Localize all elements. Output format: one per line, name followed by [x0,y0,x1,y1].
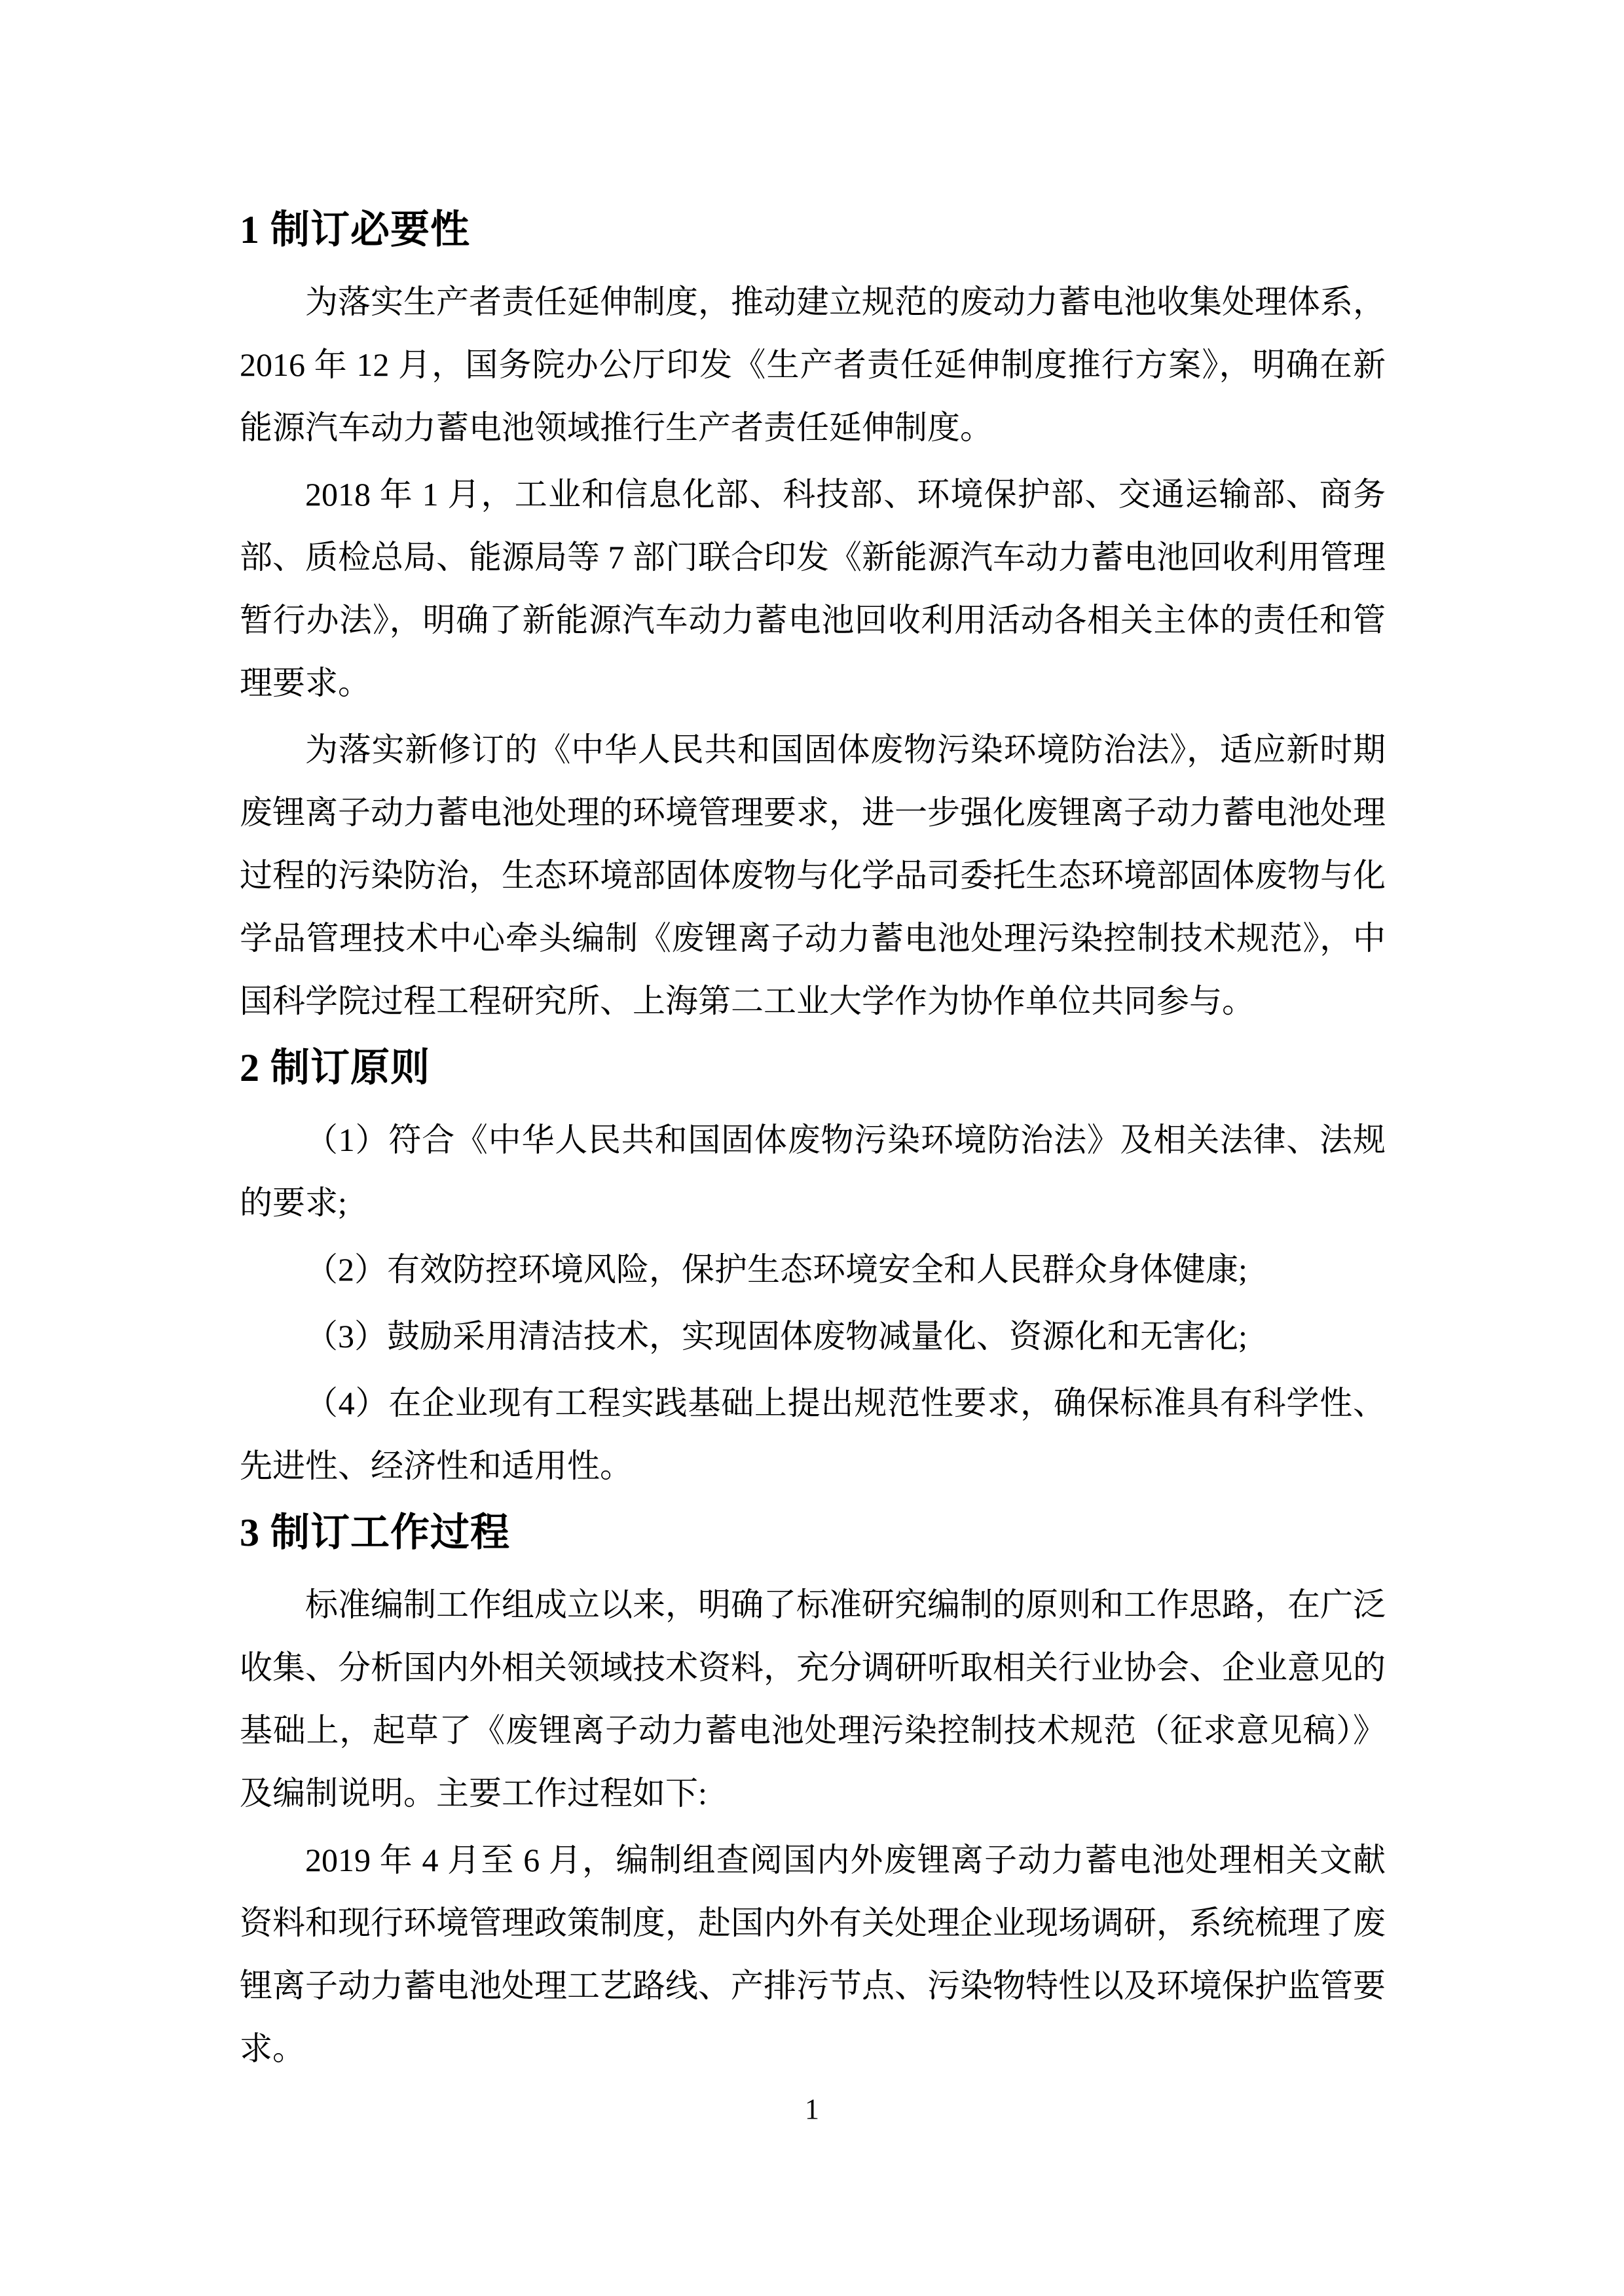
para-2-seven-ministries: 2018 年 1 月，工业和信息化部、科技部、环境保护部、交通运输部、商务部、质… [240,463,1386,714]
para-2019-research: 2019 年 4 月至 6 月，编制组查阅国内外废锂离子动力蓄电池处理相关文献资… [240,1829,1386,2080]
para-1-producer-responsibility: 为落实生产者责任延伸制度，推动建立规范的废动力蓄电池收集处理体系，2016 年 … [240,270,1386,459]
principle-item-1: （1）符合《中华人民共和国固体废物污染环境防治法》及相关法律、法规的要求; [240,1108,1386,1234]
document-content: 1 制订必要性 为落实生产者责任延伸制度，推动建立规范的废动力蓄电池收集处理体系… [240,198,1386,2084]
principle-item-2: （2）有效防控环境风险，保护生态环境安全和人民群众身体健康; [240,1238,1386,1301]
heading-section-2-principles: 2 制订原则 [240,1036,1386,1099]
principle-item-3: （3）鼓励采用清洁技术，实现固体废物减量化、资源化和无害化; [240,1305,1386,1368]
para-work-group-intro: 标准编制工作组成立以来，明确了标准研究编制的原则和工作思路，在广泛收集、分析国内… [240,1573,1386,1825]
document-page: 1 制订必要性 为落实生产者责任延伸制度，推动建立规范的废动力蓄电池收集处理体系… [0,0,1624,2296]
page-number: 1 [0,2090,1624,2129]
para-3-solid-waste-law: 为落实新修订的《中华人民共和国固体废物污染环境防治法》，适应新时期废锂离子动力蓄… [240,718,1386,1032]
heading-section-1-necessity: 1 制订必要性 [240,198,1386,261]
principle-item-4: （4）在企业现有工程实践基础上提出规范性要求，确保标准具有科学性、先进性、经济性… [240,1372,1386,1497]
heading-section-3-work-process: 3 制订工作过程 [240,1501,1386,1564]
